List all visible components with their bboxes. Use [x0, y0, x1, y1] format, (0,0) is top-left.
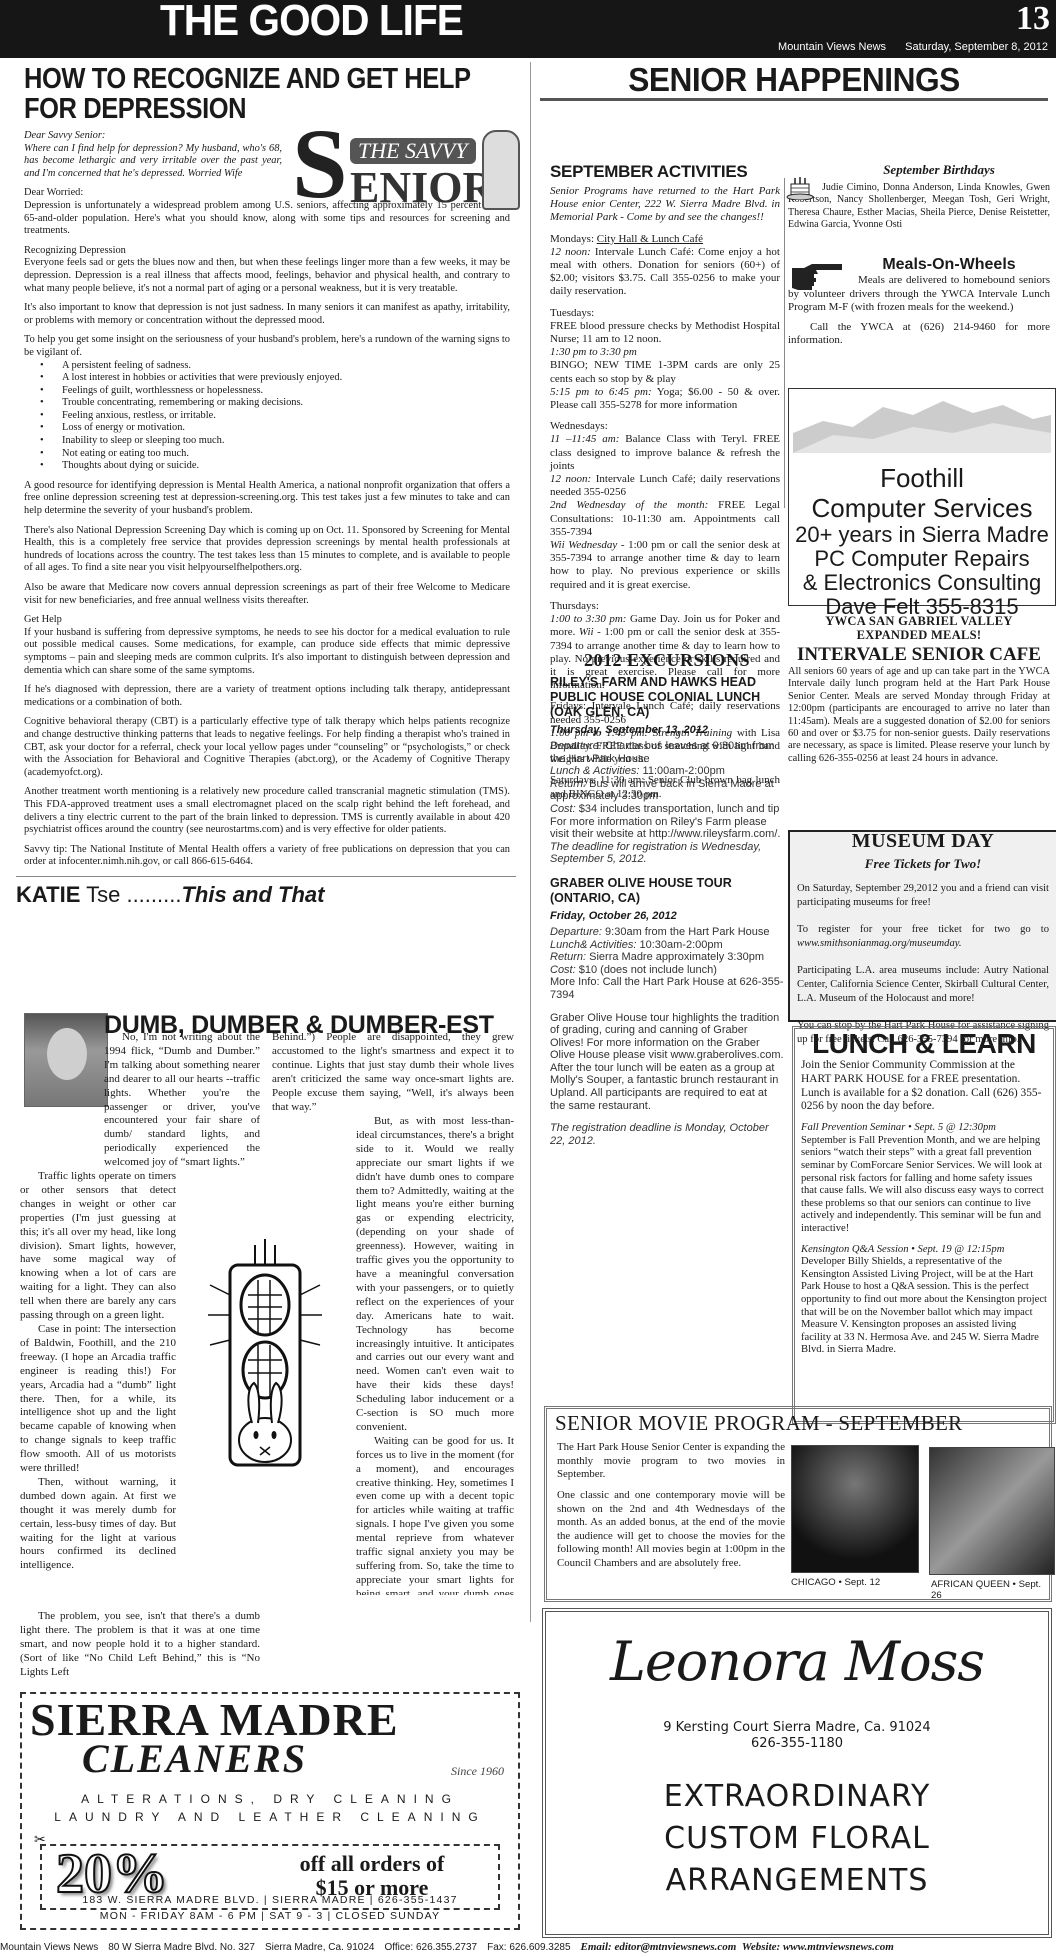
paragraph: There's also National Depression Screeni…	[24, 525, 510, 575]
logo-pill: THE SAVVY	[350, 138, 476, 164]
activities-title: SEPTEMBER ACTIVITIES	[550, 162, 780, 182]
paragraph: Cognitive behavioral therapy (CBT) is a …	[24, 716, 510, 779]
list-item: A persistent feeling of sadness.	[24, 360, 525, 373]
trip-description: Graber Olive House tour highlights the t…	[550, 1012, 784, 1113]
list-item: Inability to sleep or sleeping too much.	[24, 435, 525, 448]
list-item: Not eating or eating too much.	[24, 448, 525, 461]
event-fall-prevention: Fall Prevention Seminar • Sept. 5 @ 12:3…	[801, 1122, 1047, 1235]
column-byline: KATIE Tse .........This and That	[16, 883, 525, 907]
tuesdays: Tuesdays: FREE blood pressure checks by …	[550, 307, 780, 413]
savvy-tip: Savvy tip: The National Institute of Men…	[24, 844, 510, 869]
list-item: Thoughts about dying or suicide.	[24, 460, 525, 473]
movie-caption: CHICAGO • Sept. 12	[791, 1577, 880, 1588]
letter-body: Where can I find help for depression? My…	[24, 143, 282, 181]
list-item: Feelings of guilt, worthlessness or hope…	[24, 385, 525, 398]
african-queen-poster-image	[929, 1447, 1055, 1575]
cafe-text: All seniors 60 years of age and up can t…	[788, 666, 1050, 765]
pointing-hand-icon	[790, 260, 844, 294]
section-divider	[16, 876, 516, 877]
column-text-intro: No, I'm not writing about the 1994 flick…	[104, 1031, 260, 1170]
paragraph: A good resource for identifying depressi…	[24, 480, 510, 518]
footer-email[interactable]: Email: editor@mtnviewsnews.com	[581, 1941, 737, 1953]
savvy-senior-logo: S THE SAVVY ENIOR	[292, 124, 522, 219]
event-kensington: Kensington Q&A Session • Sept. 19 @ 12:1…	[801, 1244, 1047, 1357]
list-item: A lost interest in hobbies or activities…	[24, 372, 525, 385]
meals-on-wheels: Meals-On-Wheels Meals are delivered to h…	[788, 256, 1050, 348]
trip-title: RILEY'S FARM AND HAWKS HEAD PUBLIC HOUSE…	[550, 675, 784, 720]
trip-title: GRABER OLIVE HOUSE TOUR (ONTARIO, CA)	[550, 876, 784, 906]
paragraph: Another treatment worth mentioning is a …	[24, 786, 510, 836]
museum-subtitle: Free Tickets for Two!	[797, 856, 1049, 872]
reply-salutation: Dear Worried:	[24, 187, 282, 200]
paragraph: If he's diagnosed with depression, there…	[24, 684, 510, 709]
ad-subtitle: CLEANERS	[82, 1738, 307, 1780]
trip-date: Thursday, September 13, 2012	[550, 724, 784, 736]
trip-details: Departure: 9:30am from the Hart Park Hou…	[550, 926, 784, 1002]
logo-big-letter: S	[292, 114, 348, 214]
column-divider	[530, 62, 531, 1622]
leonora-moss-logo: Leonora Moss	[546, 1630, 1048, 1693]
paragraph: Also be aware that Medicare now covers a…	[24, 582, 510, 607]
activities-divider	[784, 178, 785, 508]
wednesdays: Wednesdays:11 –11:45 am: Balance Class w…	[550, 420, 780, 592]
paper-name: Mountain Views News	[778, 41, 886, 53]
leonora-moss-ad[interactable]: Leonora Moss 9 Kersting Court Sierra Mad…	[542, 1608, 1052, 1938]
lunch-intro: Join the Senior Community Commission at …	[801, 1059, 1047, 1114]
issue-date: Saturday, September 8, 2012	[905, 41, 1048, 53]
museum-text: On Saturday, September 29,2012 you and a…	[797, 882, 1049, 909]
movie-text: One classic and one contemporary movie w…	[557, 1489, 785, 1571]
foothill-computer-ad[interactable]: Foothill Computer Services 20+ years in …	[788, 388, 1056, 606]
senior-movie-program: SENIOR MOVIE PROGRAM - SEPTEMBER The Har…	[544, 1406, 1052, 1602]
lunch-title: LUNCH & LEARN	[801, 1029, 1047, 1059]
movie-caption: AFRICAN QUEEN • Sept. 26	[931, 1579, 1041, 1601]
museum-title: MUSEUM DAY	[797, 832, 1049, 850]
article-headline: HOW TO RECOGNIZE AND GET HELP FOR DEPRES…	[24, 64, 517, 124]
excursions-title: 2012 EXCURSIONS	[550, 650, 784, 671]
column-text-col2-top: Behind.”) People are disappointed, they …	[272, 1031, 514, 1114]
birthday-cake-icon	[786, 172, 814, 200]
ywca-heading: YWCA SAN GABRIEL VALLEY	[788, 614, 1050, 628]
section-title: THE GOOD LIFE	[160, 0, 463, 46]
services-line: LAUNDRY AND LEATHER CLEANING	[22, 1810, 518, 1824]
museum-link[interactable]: www.smithsonianmag.org/museumday.	[797, 938, 962, 949]
museum-day-box: MUSEUM DAY Free Tickets for Two! On Satu…	[788, 830, 1056, 1022]
birthday-names: Judie Cimino, Donna Anderson, Linda Know…	[788, 182, 1050, 232]
activities-intro: Senior Programs have returned to the Har…	[550, 185, 780, 225]
column-text-col2: But, as with most less-than-ideal circum…	[356, 1115, 514, 1595]
paragraph: Everyone feels sad or gets the blues now…	[24, 257, 510, 295]
services-line: ALTERATIONS, DRY CLEANING	[22, 1792, 518, 1806]
list-item: Feeling anxious, restless, or irritable.	[24, 410, 525, 423]
senior-happenings: SENIOR HAPPENINGS SEPTEMBER ACTIVITIES S…	[536, 58, 1052, 101]
movie-text: The Hart Park House Senior Center is exp…	[557, 1441, 785, 1482]
list-item: Loss of energy or motivation.	[24, 422, 525, 435]
letter-salutation: Dear Savvy Senior:	[24, 130, 282, 143]
museum-text: To register for your free ticket for two…	[797, 923, 1049, 950]
headline-rule	[540, 98, 1048, 101]
ad-address: 9 Kersting Court Sierra Madre, Ca. 91024…	[546, 1720, 1048, 1752]
masthead: THE GOOD LIFE 13 Mountain Views News Sat…	[0, 0, 1056, 58]
logo-word: ENIOR	[350, 162, 494, 213]
subheading: Recognizing Depression	[24, 245, 510, 258]
paragraph: It's also important to know that depress…	[24, 302, 510, 327]
chicago-poster-image	[791, 1445, 919, 1573]
spacer	[20, 1135, 260, 1149]
warning-signs-list: A persistent feeling of sadness. A lost …	[24, 360, 525, 473]
trip-details: Departure: Charter bus leaves at 9:30am …	[550, 740, 784, 866]
september-birthdays: September Birthdays Judie Cimino, Donna …	[788, 162, 1050, 232]
paragraph: If your husband is suffering from depres…	[24, 627, 510, 677]
ad-tagline: EXTRAORDINARYCUSTOM FLORALARRANGEMENTS	[546, 1776, 1048, 1902]
ad-hours: MON - FRIDAY 8AM - 6 PM | SAT 9 - 3 | CL…	[22, 1910, 518, 1922]
movie-title: SENIOR MOVIE PROGRAM - SEPTEMBER	[555, 1411, 962, 1436]
sierra-madre-cleaners-coupon[interactable]: SIERRA MADRE CLEANERS Since 1960 ALTERAT…	[20, 1692, 520, 1930]
dateline: Mountain Views News Saturday, September …	[762, 41, 1048, 53]
cafe-title: INTERVALE SENIOR CAFE	[788, 644, 1050, 666]
savvy-senior-article: HOW TO RECOGNIZE AND GET HELP FOR DEPRES…	[10, 58, 525, 907]
newspaper-man-icon	[482, 130, 520, 210]
list-item: Trouble concentrating, remembering or ma…	[24, 397, 525, 410]
museum-text: Participating L.A. area museums include:…	[797, 964, 1049, 1005]
page-footer: Mountain Views News80 W Sierra Madre Blv…	[0, 1941, 1056, 1953]
footer-website[interactable]: Website: www.mtnviewsnews.com	[742, 1941, 894, 1953]
lunch-and-learn-box: LUNCH & LEARN Join the Senior Community …	[792, 1026, 1056, 1424]
ywca-senior-cafe: YWCA SAN GABRIEL VALLEY EXPANDED MEALS! …	[788, 614, 1050, 765]
paragraph: To help you get some insight on the seri…	[24, 334, 510, 359]
trip-deadline: The registration deadline is Monday, Oct…	[550, 1122, 784, 1147]
ad-text: Foothill Computer Services 20+ years in …	[789, 463, 1055, 619]
subheading: Get Help	[24, 614, 510, 627]
ad-address: 183 W. SIERRA MADRE BLVD. | SIERRA MADRE…	[22, 1894, 518, 1906]
column-text-col1: Traffic lights operate on timers or othe…	[20, 1170, 176, 1573]
offer-text: off all orders of$15 or more	[262, 1852, 482, 1900]
mountain-illustration	[793, 393, 1051, 453]
birthdays-title: September Birthdays	[788, 162, 1050, 178]
column-text-col1-end: The problem, you see, isn't that there's…	[20, 1610, 260, 1680]
author-photo	[24, 1013, 108, 1107]
traffic-light-rabbit-illustration	[200, 1225, 330, 1475]
ywca-heading: EXPANDED MEALS!	[788, 628, 1050, 642]
senior-happenings-headline: SENIOR HAPPENINGS	[546, 62, 1041, 98]
page-number: 13	[1016, 0, 1050, 38]
trip-date: Friday, October 26, 2012	[550, 910, 784, 922]
excursions: 2012 EXCURSIONS RILEY'S FARM AND HAWKS H…	[550, 650, 784, 1157]
mondays: Mondays: City Hall & Lunch Café12 noon: …	[550, 233, 780, 299]
since-label: Since 1960	[451, 1764, 504, 1779]
meals-call: Call the YWCA at (626) 214-9460 for more…	[788, 321, 1050, 348]
